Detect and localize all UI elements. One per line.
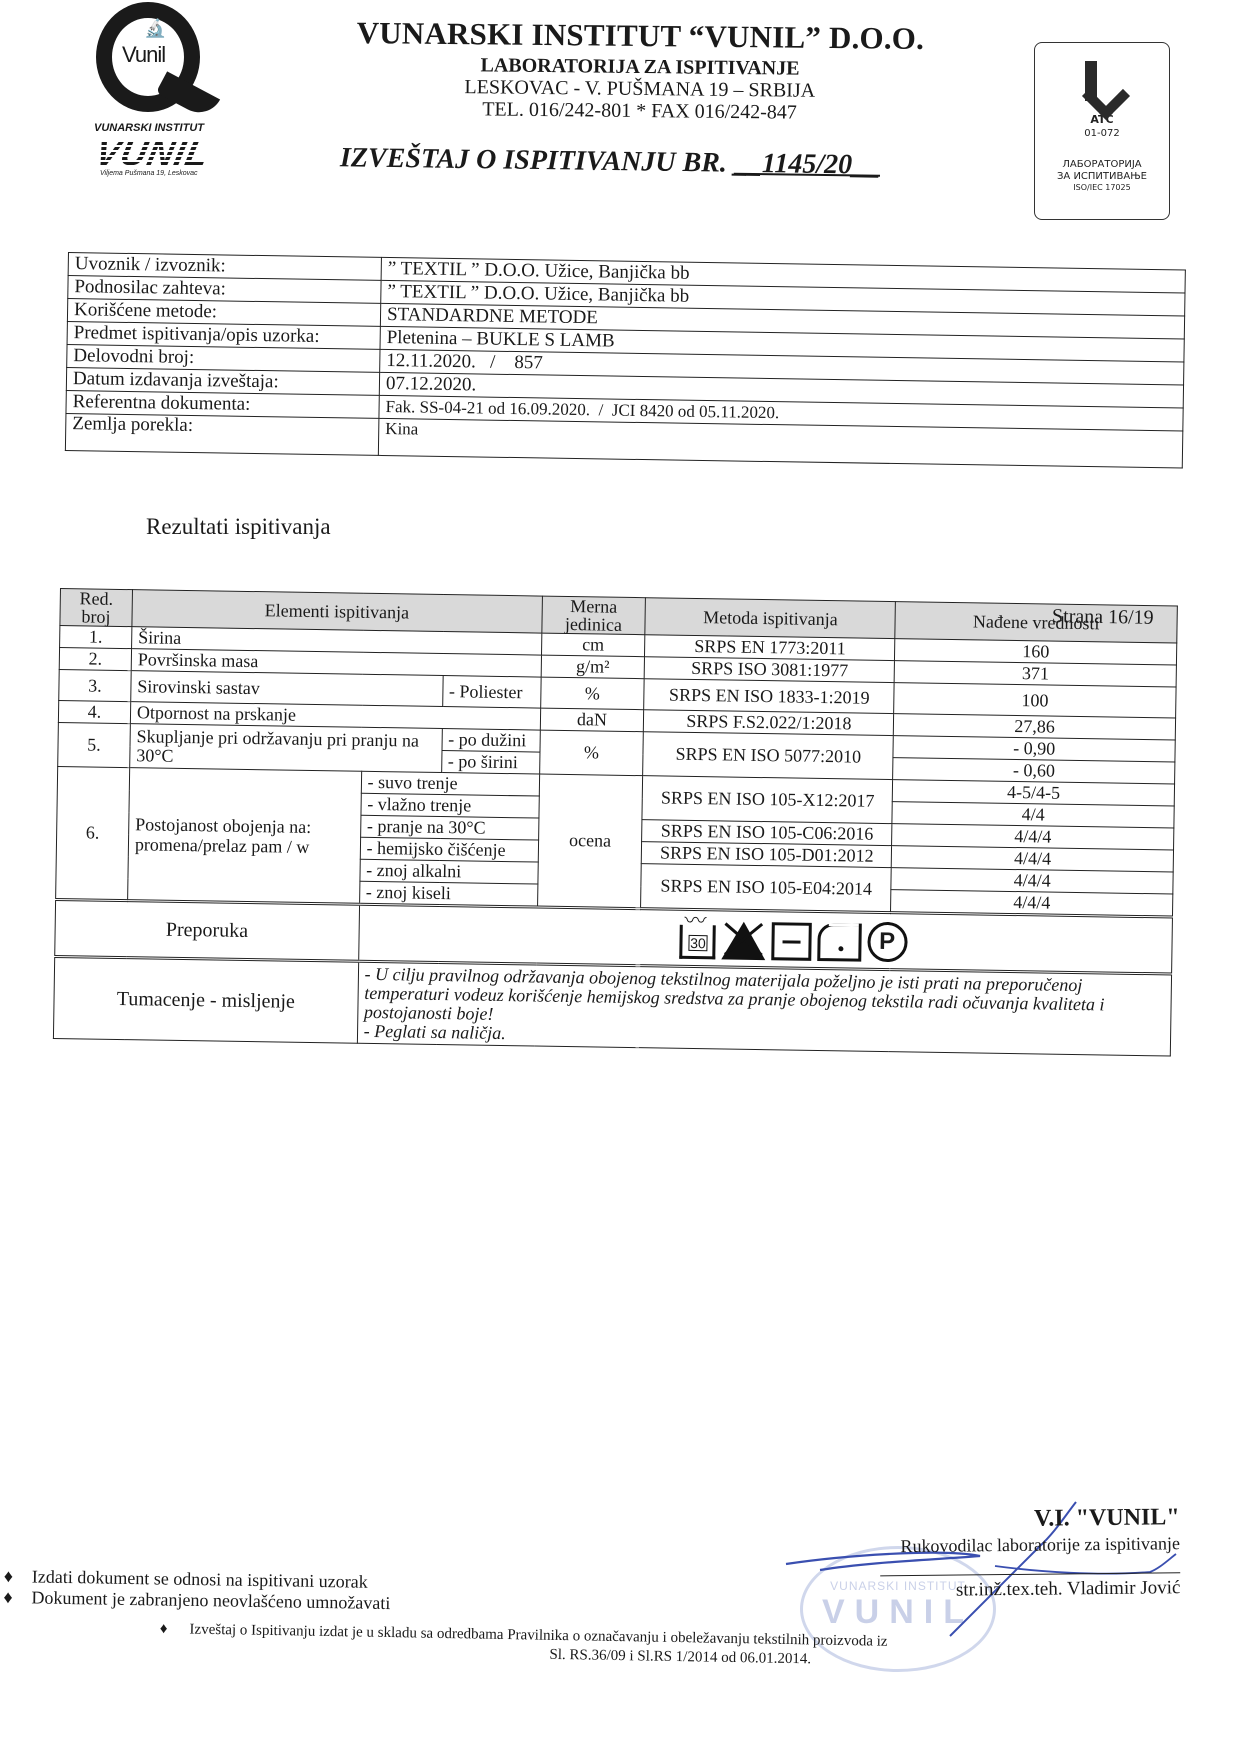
row-no: 1.	[60, 626, 132, 649]
logo-address: Viljema Pušmana 19, Leskovac	[100, 170, 198, 177]
atc-lab-line1: ЛАБОРАТОРИЈА	[1035, 159, 1169, 171]
row-element: Sirovinski sastav	[131, 671, 443, 707]
row-unit: ocena	[537, 774, 643, 909]
row-sub-element: - po dužini	[442, 729, 540, 753]
row-unit: g/m²	[541, 655, 645, 679]
row-value: 100	[894, 683, 1176, 718]
wash-temp: 30	[688, 935, 708, 951]
signer-name: str.inž.tex.teh. Vladimir Jović	[840, 1577, 1180, 1603]
row-no: 6.	[56, 766, 130, 900]
atc-code: 01-072	[1035, 128, 1169, 139]
atc-lab-line2: ЗА ИСПИТИВАЊЕ	[1035, 171, 1169, 183]
bullet-icon: ♦	[4, 1566, 32, 1587]
signature-block: V.I. "VUNIL" Rukovodilac laboratorije za…	[840, 1504, 1181, 1603]
signature-line	[880, 1572, 1180, 1576]
info-label: Zemlja porekla:	[65, 413, 379, 455]
row-no: 2.	[59, 648, 131, 671]
row-unit: %	[539, 730, 644, 776]
col-method: Metoda ispitivanja	[645, 598, 895, 639]
opinion-text: - U cilju pravilnog održavanja obojenog …	[357, 961, 1172, 1056]
row-sub-element: - Poliester	[442, 676, 540, 709]
row-sub-element: - vlažno trenje	[361, 793, 539, 818]
legal-note: ♦Izveštaj o Ispitivanju izdat je u sklad…	[159, 1620, 887, 1671]
row-sub-element: - suvo trenje	[361, 771, 539, 796]
col-no: Red. broj	[60, 589, 132, 627]
footer-notes: ♦Izdati dokument se odnosi na ispitivani…	[3, 1566, 390, 1614]
atc-logo-icon	[1085, 61, 1119, 105]
row-element: Skupljanje pri održavanju pri pranju na …	[130, 724, 442, 773]
note-text: Dokument je zabranjeno neovlašćeno umnož…	[31, 1587, 390, 1613]
report-title: IZVEŠTAJ O ISPITIVANJU BR. __1145/20__	[340, 142, 881, 182]
opinion-label: Tumacenje - misljenje	[53, 956, 358, 1043]
row-sub-element: - po širini	[441, 751, 539, 775]
col-unit: Merna jedinica	[541, 596, 645, 635]
col-element: Elementi ispitivanja	[132, 590, 542, 633]
letterhead: VUNARSKI INSTITUT “VUNIL” D.O.O. LABORAT…	[329, 15, 950, 126]
report-label: IZVEŠTAJ O ISPITIVANJU BR.	[340, 142, 727, 178]
bullet-icon: ♦	[160, 1621, 168, 1637]
logo-inner-text: Vunil	[122, 42, 165, 68]
row-unit: daN	[540, 708, 644, 732]
row-method: SRPS EN ISO 1833-1:2019	[644, 679, 894, 714]
row-sub-element: - znoj kiseli	[359, 881, 537, 907]
row-no: 4.	[58, 700, 130, 723]
page-number: Strana 16/19	[1052, 605, 1154, 630]
results-table: Red. broj Elementi ispitivanja Merna jed…	[53, 588, 1178, 1057]
row-method: SRPS EN ISO 5077:2010	[643, 732, 894, 780]
sample-info-table: Uvoznik / izvoznik:” TEXTIL ” D.O.O. Uži…	[65, 252, 1186, 469]
institute-logo: 🔬 Vunil VUNARSKI INSTITUT VUNIL Viljema …	[88, 0, 228, 180]
row-element: Postojanost obojenja na: promena/prelaz …	[128, 768, 362, 905]
care-symbols: 30 P	[679, 919, 908, 963]
institute-title: VUNARSKI INSTITUT “VUNIL” D.O.O.	[330, 15, 950, 57]
row-no: 5.	[58, 722, 131, 767]
row-sub-element: - znoj alkalni	[360, 859, 538, 884]
signer-role: Rukovodilac laboratorije za ispitivanje	[840, 1533, 1180, 1558]
row-no: 3.	[59, 669, 131, 701]
row-unit: %	[540, 677, 644, 710]
row-method: SRPS EN ISO 105-E04:2014	[641, 864, 892, 913]
opinion-row: Tumacenje - misljenje - U cilju pravilno…	[53, 956, 1171, 1056]
row-sub-element: - hemijsko čišćenje	[360, 837, 538, 862]
row-sub-element: - pranje na 30°C	[360, 815, 538, 840]
report-number: __1145/20__	[734, 148, 881, 181]
logo-brand: VUNIL	[92, 132, 214, 174]
recommendation-label: Preporuka	[55, 899, 359, 961]
wash-30-icon: 30	[679, 925, 716, 960]
accreditation-badge: ATC 01-072 ЛАБОРАТОРИЈА ЗА ИСПИТИВАЊЕ IS…	[1034, 42, 1170, 220]
results-heading: Rezultati ispitivanja	[146, 514, 331, 540]
signer-org: V.I. "VUNIL"	[840, 1504, 1180, 1535]
microscope-icon: 🔬	[144, 18, 166, 39]
iron-low-icon	[817, 923, 862, 962]
row-unit: cm	[541, 633, 645, 657]
row-method: SRPS EN ISO 105-X12:2017	[642, 776, 893, 824]
dry-clean-p-icon: P	[867, 922, 908, 963]
bullet-icon: ♦	[3, 1587, 31, 1608]
tumble-dry-flat-icon	[771, 922, 812, 961]
no-bleach-icon	[721, 921, 766, 960]
atc-standard: ISO/IEC 17025	[1035, 183, 1169, 192]
